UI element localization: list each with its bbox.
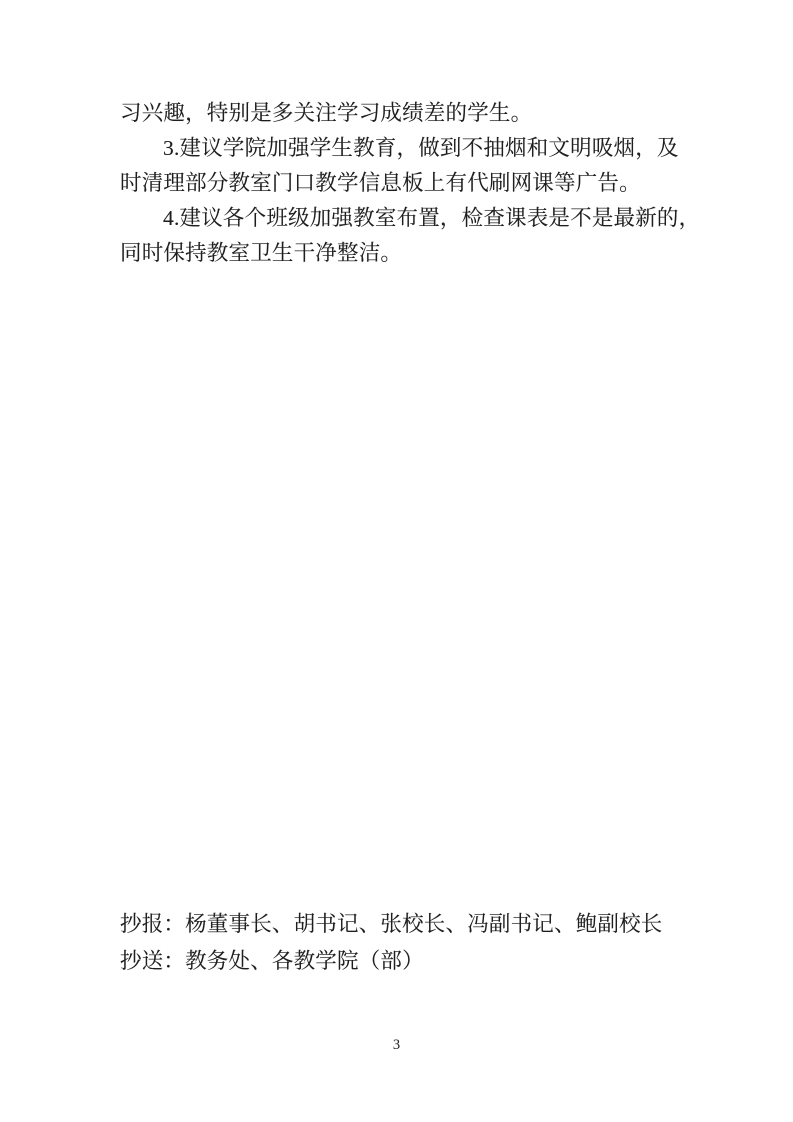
copy-send-line: 抄送：教务处、各教学院（部） (120, 943, 663, 980)
body-line-continuation: 习兴趣，特别是多关注学习成绩差的学生。 (120, 96, 676, 131)
page-number: 3 (0, 1036, 793, 1054)
document-body: 习兴趣，特别是多关注学习成绩差的学生。 3.建议学院加强学生教育，做到不抽烟和文… (120, 96, 676, 271)
copy-report-line: 抄报：杨董事长、胡书记、张校长、冯副书记、鲍副校长 (120, 906, 663, 943)
body-line-item3-start: 3.建议学院加强学生教育，做到不抽烟和文明吸烟，及 (120, 131, 676, 166)
document-page: 习兴趣，特别是多关注学习成绩差的学生。 3.建议学院加强学生教育，做到不抽烟和文… (0, 0, 793, 1122)
body-line-item4-start: 4.建议各个班级加强教室布置，检查课表是不是最新的， (120, 201, 676, 236)
body-line-item3-end: 时清理部分教室门口教学信息板上有代刷网课等广告。 (120, 166, 676, 201)
distribution-block: 抄报：杨董事长、胡书记、张校长、冯副书记、鲍副校长 抄送：教务处、各教学院（部） (120, 906, 663, 980)
body-line-item4-end: 同时保持教室卫生干净整洁。 (120, 236, 676, 271)
